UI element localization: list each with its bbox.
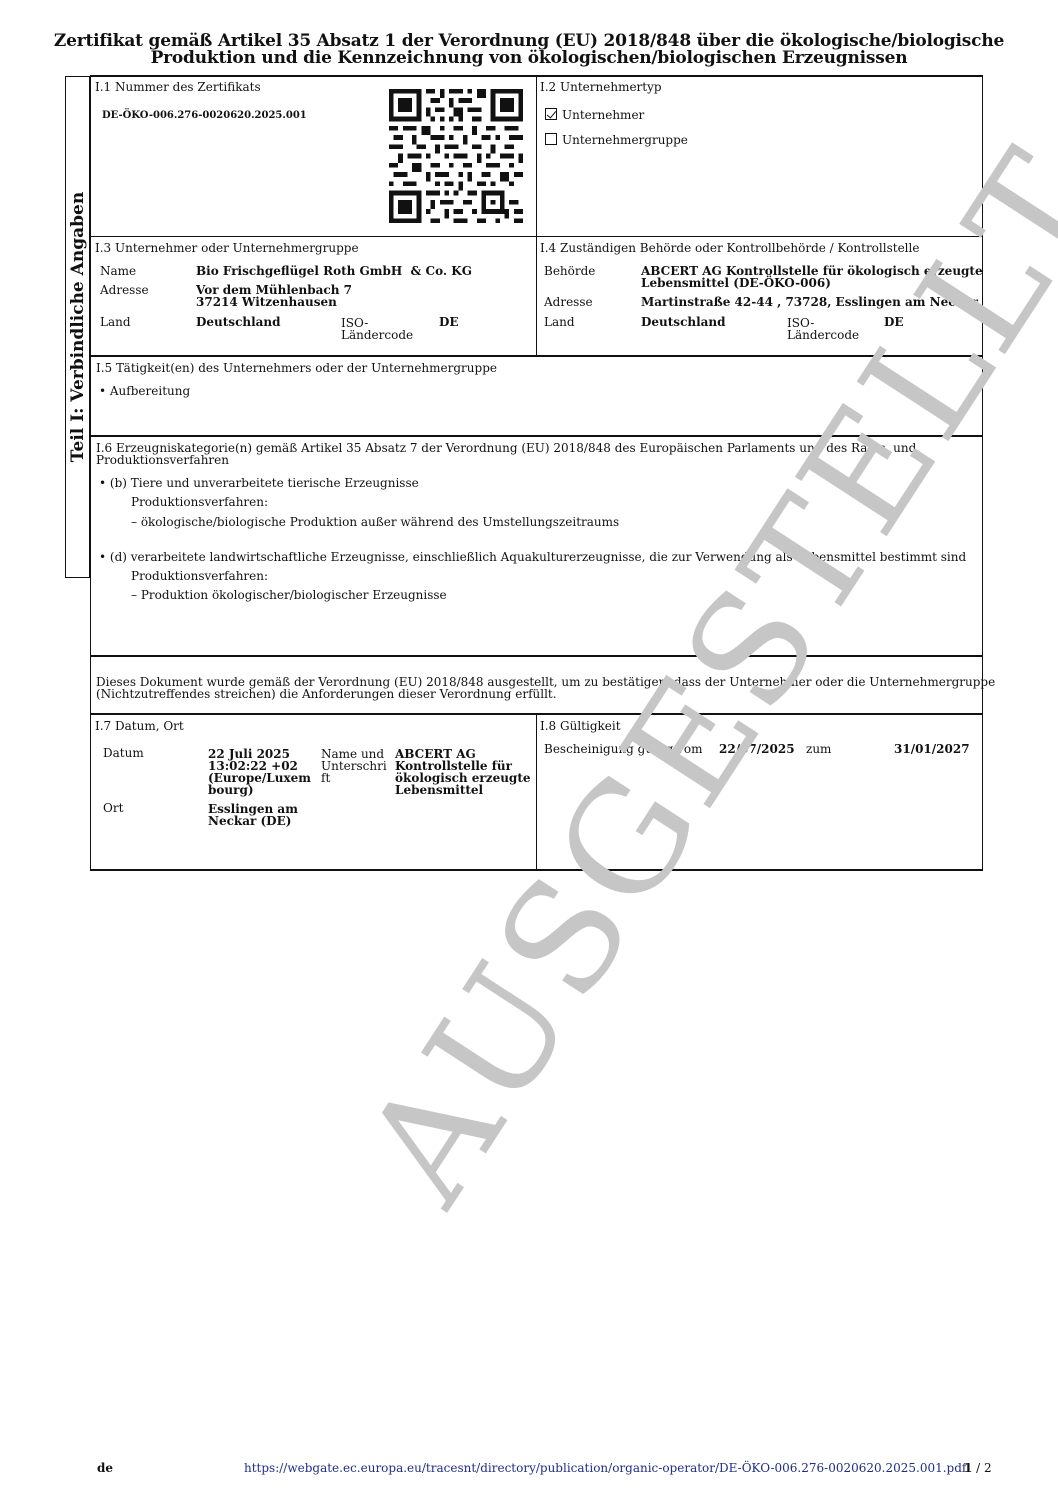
statement-text: Dieses Dokument wurde gemäß der Verordnu… xyxy=(96,676,995,700)
method-value: – Produktion ökologischer/biologischer E… xyxy=(131,589,447,602)
authority-line: Lebensmittel (DE-ÖKO-006) xyxy=(641,277,983,289)
valid-from-date: 22/07/2025 xyxy=(719,743,795,756)
i6-heading: I.6 Erzeugniskategorie(n) gemäß Artikel … xyxy=(96,442,916,466)
side-label-text: Teil I: Verbindliche Angaben xyxy=(68,192,88,462)
operator-country: Deutschland xyxy=(196,316,281,329)
operator-address: Vor dem Mühlenbach 7 37214 Witzenhausen xyxy=(196,284,352,308)
valid-from-label: Bescheinigung gültig vom xyxy=(544,743,702,756)
name-label: Name xyxy=(100,265,136,278)
activity-item: • Aufbereitung xyxy=(99,385,190,398)
signature-label: Name und Unterschri ft xyxy=(321,748,387,784)
i3-heading: I.3 Unternehmer oder Unternehmergruppe xyxy=(95,242,359,255)
statement-line: (Nichtzutreffendes streichen) die Anford… xyxy=(96,688,995,700)
heading-line: Produktionsverfahren xyxy=(96,454,916,466)
address-label: Adresse xyxy=(544,296,593,309)
method-label: Produktionsverfahren: xyxy=(131,496,268,509)
qr-code-icon xyxy=(389,88,523,224)
total-pages: 2 xyxy=(984,1461,992,1475)
checkbox-checked-icon[interactable] xyxy=(545,108,557,120)
footer-language: de xyxy=(97,1461,113,1475)
i4-heading: I.4 Zuständigen Behörde oder Kontrollbeh… xyxy=(540,242,919,255)
footer-pdf-link[interactable]: https://webgate.ec.europa.eu/tracesnt/di… xyxy=(244,1461,966,1475)
divider xyxy=(90,236,983,237)
signature-line: Lebensmittel xyxy=(395,784,531,796)
authority-iso: DE xyxy=(884,316,904,329)
divider xyxy=(90,655,983,657)
signature-label-line: ft xyxy=(321,772,387,784)
part-one-side-label: Teil I: Verbindliche Angaben xyxy=(65,76,90,578)
place-label: Ort xyxy=(103,802,123,815)
signature-label-line: Unterschri xyxy=(321,760,387,772)
i5-heading: I.5 Tätigkeit(en) des Unternehmers oder … xyxy=(96,362,497,375)
signature-value: ABCERT AG Kontrollstelle für ökologisch … xyxy=(395,748,531,796)
country-label: Land xyxy=(544,316,575,329)
i7-heading: I.7 Datum, Ort xyxy=(95,720,184,733)
operator-iso: DE xyxy=(439,316,459,329)
checkbox-unchecked-icon[interactable] xyxy=(545,133,557,145)
valid-to-date: 31/01/2027 xyxy=(894,743,970,756)
page-separator: / xyxy=(972,1461,984,1475)
date-line: bourg) xyxy=(208,784,311,796)
authority-address: Martinstraße 42-44 , 73728, Esslingen am… xyxy=(641,296,978,309)
authority-name: ABCERT AG Kontrollstelle für ökologisch … xyxy=(641,265,983,289)
address-label: Adresse xyxy=(100,284,149,297)
valid-to-label: zum xyxy=(806,743,831,756)
iso-label: ISO- Ländercode xyxy=(787,317,859,341)
option-label: Unternehmergruppe xyxy=(562,133,688,147)
method-label: Produktionsverfahren: xyxy=(131,570,268,583)
divider xyxy=(536,76,537,357)
authority-country: Deutschland xyxy=(641,316,726,329)
option-unternehmer[interactable]: Unternehmer xyxy=(545,108,644,122)
category-title: • (b) Tiere und unverarbeitete tierische… xyxy=(99,477,419,490)
issue-date: 22 Juli 2025 13:02:22 +02 (Europe/Luxem … xyxy=(208,748,311,796)
divider xyxy=(90,435,983,437)
certificate-title: Zertifikat gemäß Artikel 35 Absatz 1 der… xyxy=(40,33,1018,67)
address-line: 37214 Witzenhausen xyxy=(196,296,352,308)
divider xyxy=(90,355,983,357)
page-indicator: 1 / 2 xyxy=(964,1461,992,1475)
iso-label-line: Ländercode xyxy=(787,329,859,341)
method-value: – ökologische/biologische Produktion auß… xyxy=(131,516,619,529)
i1-heading: I.1 Nummer des Zertifikats xyxy=(95,81,261,94)
option-unternehmergruppe[interactable]: Unternehmergruppe xyxy=(545,133,688,147)
place-line: Neckar (DE) xyxy=(208,815,298,827)
date-label: Datum xyxy=(103,747,144,760)
country-label: Land xyxy=(100,316,131,329)
divider xyxy=(536,714,537,870)
i8-heading: I.8 Gültigkeit xyxy=(540,720,621,733)
issue-place: Esslingen am Neckar (DE) xyxy=(208,803,298,827)
iso-label-line: Ländercode xyxy=(341,329,413,341)
certificate-number: DE-ÖKO-006.276-0020620.2025.001 xyxy=(102,110,307,121)
iso-label: ISO- Ländercode xyxy=(341,317,413,341)
option-label: Unternehmer xyxy=(562,108,644,122)
i2-heading: I.2 Unternehmertyp xyxy=(540,81,662,94)
authority-label: Behörde xyxy=(544,265,595,278)
title-line-2: Produktion und die Kennzeichnung von öko… xyxy=(40,50,1018,67)
category-title: • (d) verarbeitete landwirtschaftliche E… xyxy=(99,551,966,564)
operator-name: Bio Frischgeflügel Roth GmbH & Co. KG xyxy=(196,265,472,278)
